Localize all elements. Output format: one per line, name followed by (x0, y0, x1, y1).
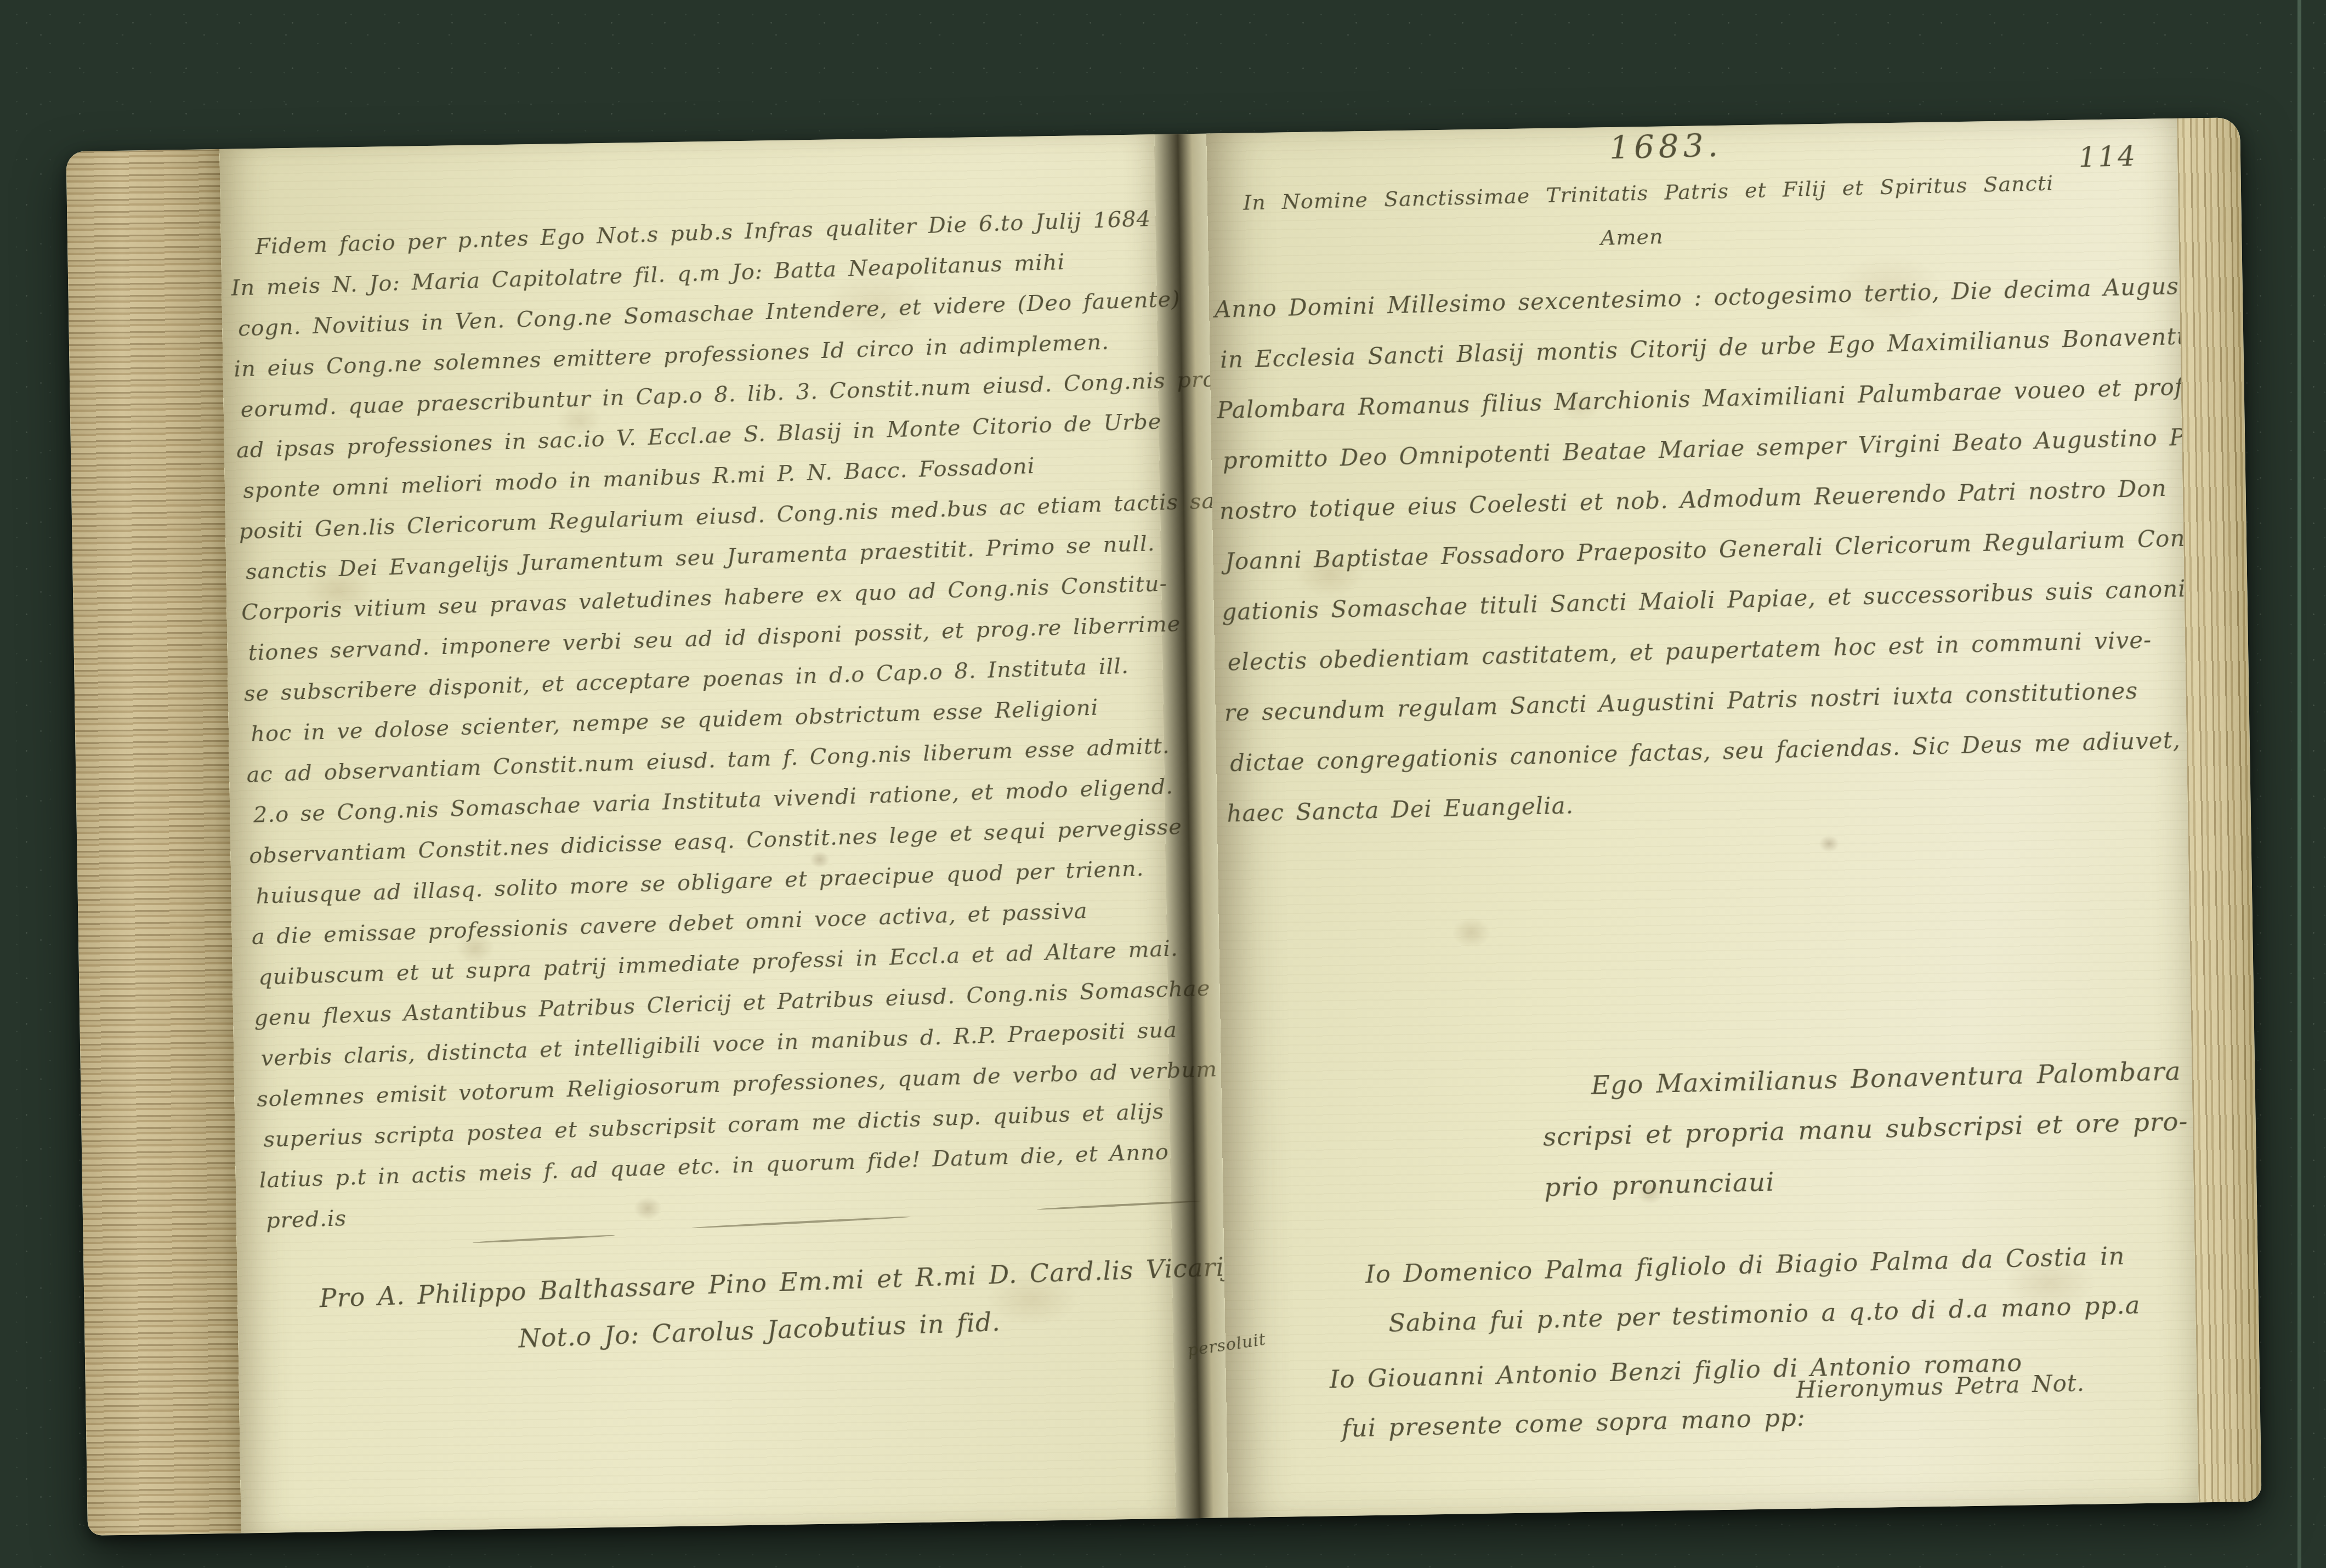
year-heading: 1683. (1609, 126, 1723, 166)
right-page-text-block: 1683. 114 In Nomine Sanctissimae Trinita… (1200, 117, 2204, 1522)
left-page-text-block: Fidem facio per p.ntes Ego Not.s pub.s I… (229, 198, 1176, 1241)
open-manuscript-book: Fidem facio per p.ntes Ego Not.s pub.s I… (66, 117, 2261, 1536)
invocation-amen: Amen (1600, 224, 1663, 250)
witness-statement-1: Io Domenico Palma figliolo di Biagio Pal… (1365, 1231, 2141, 1348)
invocation-line: In Nomine Sanctissimae Trinitatis Patris… (1243, 171, 2054, 215)
left-page: Fidem facio per p.ntes Ego Not.s pub.s I… (219, 134, 1176, 1533)
right-page: 1683. 114 In Nomine Sanctissimae Trinita… (1206, 118, 2198, 1518)
notary-attestation-block: Pro A. Philippo Balthassare Pino Em.mi e… (319, 1243, 1235, 1369)
profession-text-block: Anno Domini Millesimo sexcentesimo : oct… (1214, 262, 2181, 839)
left-page-edge-stack (66, 149, 241, 1536)
photo-background: Fidem facio per p.ntes Ego Not.s pub.s I… (0, 0, 2326, 1568)
pen-flourish (473, 1234, 615, 1243)
page-number: 114 (2078, 140, 2138, 174)
professed-signature-block: Ego Maximilianus Bonaventura Palombarasc… (1541, 1046, 2190, 1213)
background-seam-line (2297, 0, 2301, 1568)
